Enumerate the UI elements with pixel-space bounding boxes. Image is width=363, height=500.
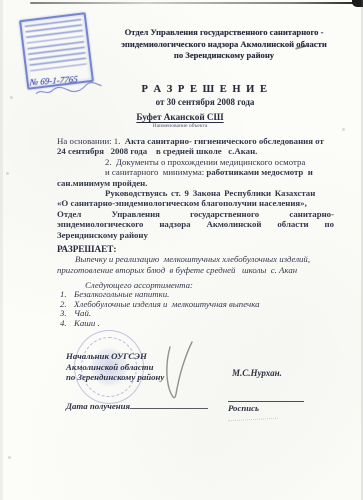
date-received-label: Дата получения bbox=[66, 401, 130, 411]
document-date-line: от 30 сентября 2008 года bbox=[50, 97, 360, 107]
stamp-text-lines bbox=[25, 19, 87, 74]
document-title: Р А З Р Е Ш Е Н И Е bbox=[50, 84, 360, 95]
item-number: 4. bbox=[60, 319, 74, 329]
assortment-list: 1. Безалкогольные напитки. 2. Хлебобулоч… bbox=[60, 290, 330, 328]
resolution-line: Выпечку и реализацию мелкоштучных хлебоб… bbox=[57, 254, 339, 265]
basis-line: 2. Документы о прохождении медицинского … bbox=[57, 157, 334, 167]
basis-item1-text: Акта санитарно- гигиенического обследова… bbox=[125, 136, 324, 146]
dust-speck bbox=[6, 172, 9, 175]
basis-line: 24 сентября 2008 года в средней школе с.… bbox=[57, 146, 334, 156]
dust-speck bbox=[10, 96, 13, 99]
signature-caption: Роспись bbox=[228, 403, 304, 413]
scanned-permit-document: № 69-1-7765 Отдел Управления государстве… bbox=[0, 0, 363, 500]
registration-stamp: № 69-1-7765 bbox=[19, 12, 94, 90]
legal-reference-line: эпидемиологического надзора Акмолинской … bbox=[57, 219, 334, 229]
scan-artifact-top-line bbox=[30, 2, 358, 4]
item-text: Каши . bbox=[74, 319, 100, 329]
dust-speck bbox=[8, 456, 11, 459]
basis-line: сан.минимум пройден. bbox=[57, 178, 334, 188]
basis-line: На основании: 1. Акта санитарно- гигиени… bbox=[57, 136, 334, 146]
handwritten-signature bbox=[156, 339, 206, 405]
legal-reference-line: Руководствуясь ст. 9 Закона Республики К… bbox=[57, 188, 334, 198]
basis-line: и санитарного минимума: работниками медо… bbox=[57, 167, 334, 177]
resolution-heading: РАЗРЕШАЕТ: bbox=[57, 244, 116, 254]
basis-paragraph: На основании: 1. Акта санитарно- гигиени… bbox=[57, 136, 334, 240]
dust-speck bbox=[342, 128, 345, 131]
basis-item2-normal: и санитарного минимума: bbox=[105, 167, 206, 177]
signature-blank-line bbox=[228, 401, 304, 402]
issuing-authority-header: Отдел Управления государственного санита… bbox=[104, 27, 344, 62]
assortment-item: 2. Хлебобулочные изделия и мелкоштучная … bbox=[60, 300, 330, 310]
resolution-text: Выпечку и реализацию мелкоштучных хлебоб… bbox=[57, 254, 339, 275]
scan-artifact-left-edge bbox=[0, 0, 3, 500]
basis-lead: На основании: 1. bbox=[57, 136, 125, 146]
legal-reference-line: «О санитарно-эпидемиологическом благопол… bbox=[57, 198, 334, 208]
legal-reference-line: Зерендинскому району bbox=[57, 230, 334, 240]
signatory-name: М.С.Нурхан. bbox=[232, 368, 282, 378]
object-name-caption: Наименование объекта bbox=[30, 123, 330, 129]
assortment-item: 4. Каши . bbox=[60, 319, 330, 329]
item-text: Хлебобулочные изделия и мелкоштучная вып… bbox=[74, 300, 260, 310]
authority-line: Отдел Управления государственного санита… bbox=[104, 27, 344, 39]
object-name: Буфет Аканской СШ bbox=[30, 112, 330, 122]
authority-line: по Зерендинскому району bbox=[104, 50, 344, 62]
faint-scribble bbox=[228, 418, 278, 422]
legal-reference-line: Отдел Управления государственного санита… bbox=[57, 209, 334, 219]
resolution-line: приготовление вторых блюд в буфете средн… bbox=[57, 265, 339, 276]
basis-item2-bold: работниками медосмотр и bbox=[206, 167, 312, 177]
authority-line: эпидемиологического надзора Акмолинской … bbox=[104, 39, 344, 51]
signature-caption-block: Роспись bbox=[228, 401, 304, 413]
assortment-item: 3. Чай. bbox=[60, 309, 330, 319]
